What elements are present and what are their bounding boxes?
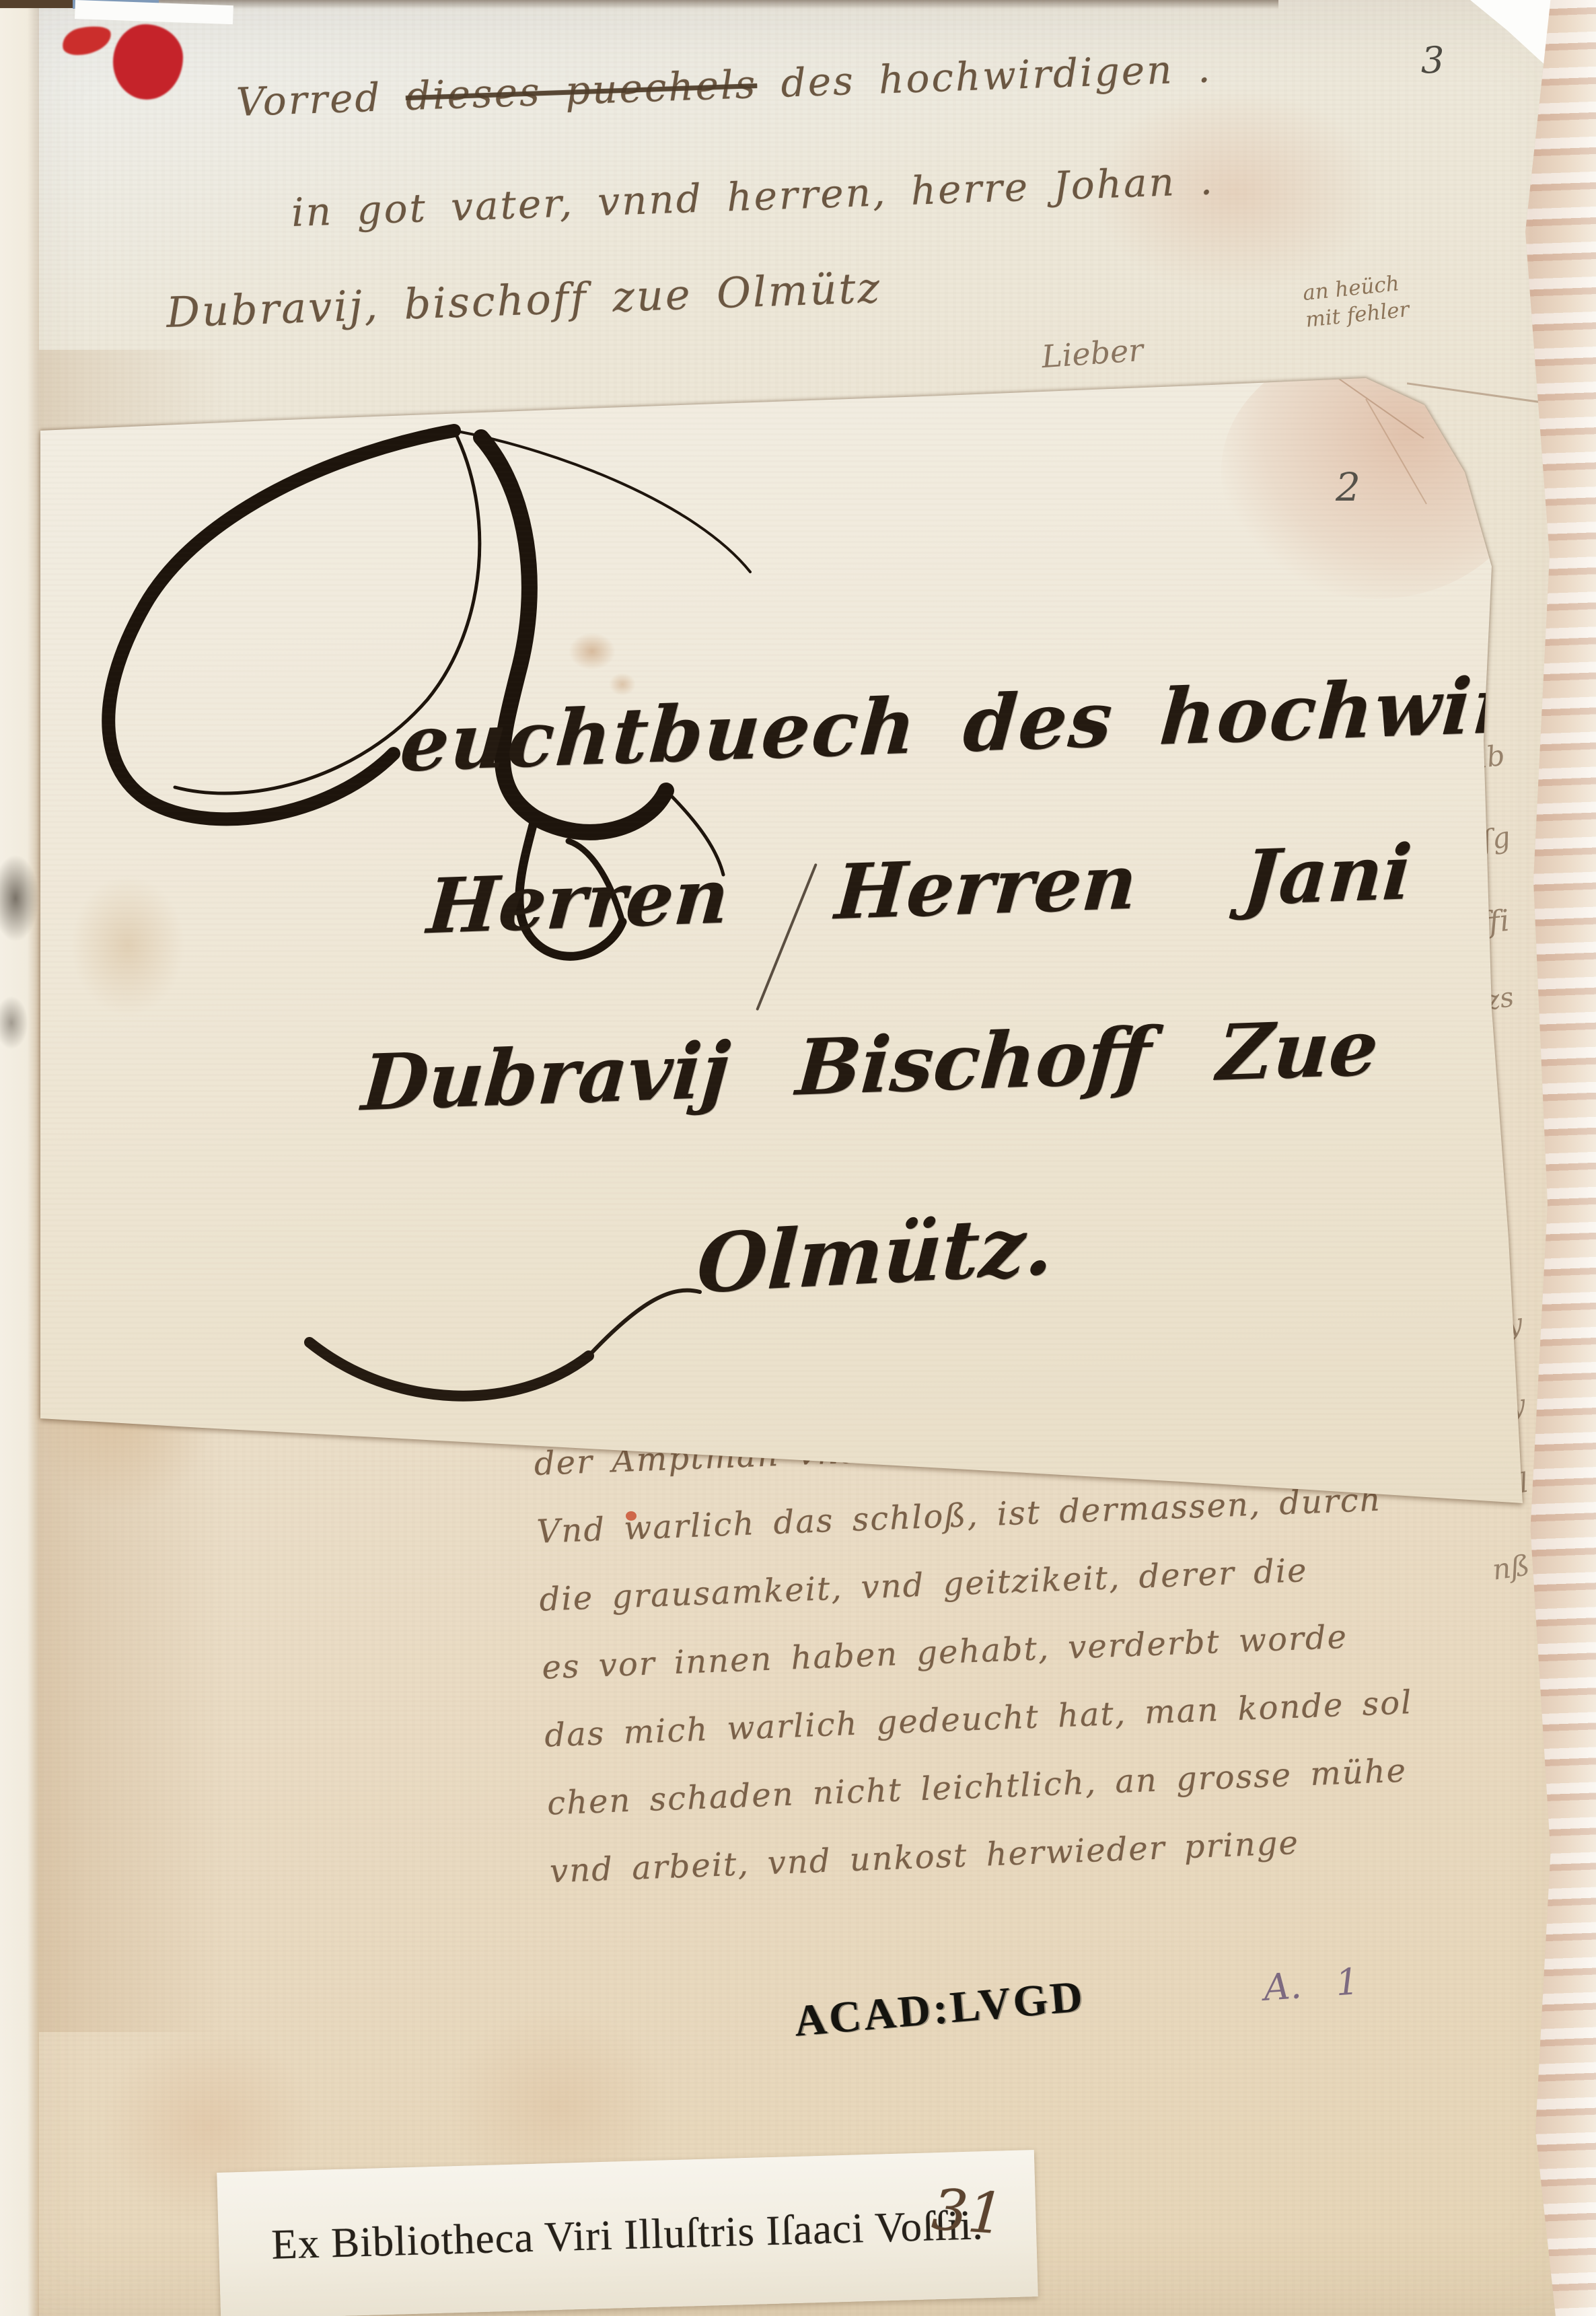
slip-stain <box>71 875 185 1016</box>
slip-stain <box>609 673 636 696</box>
slip-folio-number: 2 <box>1336 464 1361 510</box>
calligraphic-initial <box>50 404 764 1117</box>
flourish-slash <box>756 863 818 1011</box>
slip-corner-crease <box>1365 399 1427 505</box>
folio-number-top: 3 <box>1421 39 1444 81</box>
manuscript-photo: 3 Vorred dieses puechels des hochwirdige… <box>0 0 1596 2316</box>
gutter-strip <box>0 0 39 2316</box>
provenance-label-text: Ex Bibliotheca Viri Illuſtris Iſaaci Voſ… <box>270 2200 984 2270</box>
title-line-4: Olmütz. <box>695 1198 1056 1311</box>
covered-word-fragment: Lieber <box>1040 332 1145 375</box>
title-line-3: Dubravij Bischoff Zue <box>359 1002 1381 1128</box>
preface-line-1-pre: Vorred <box>235 73 406 125</box>
provenance-label: Ex Bibliotheca Viri Illuſtris Iſaaci Voſ… <box>217 2150 1038 2316</box>
title-line-1: euchtbuech des hochwirdigen . <box>398 648 1596 789</box>
marginal-note: an heüch mit fehler <box>1301 269 1410 334</box>
flourish-swash <box>299 1255 784 1416</box>
quire-mark: A. 1 <box>1262 1960 1361 2009</box>
dark-corner-sliver <box>0 0 79 8</box>
shelf-number: 31 <box>930 2176 1006 2247</box>
title-slip: 2 euchtbuech des hochwirdigen . Herren H… <box>37 363 1527 1507</box>
margin-fragment: nß <box>1490 1548 1531 1586</box>
title-line-2: Herren Herren Jani <box>425 828 1414 951</box>
slip-stain <box>569 632 616 670</box>
